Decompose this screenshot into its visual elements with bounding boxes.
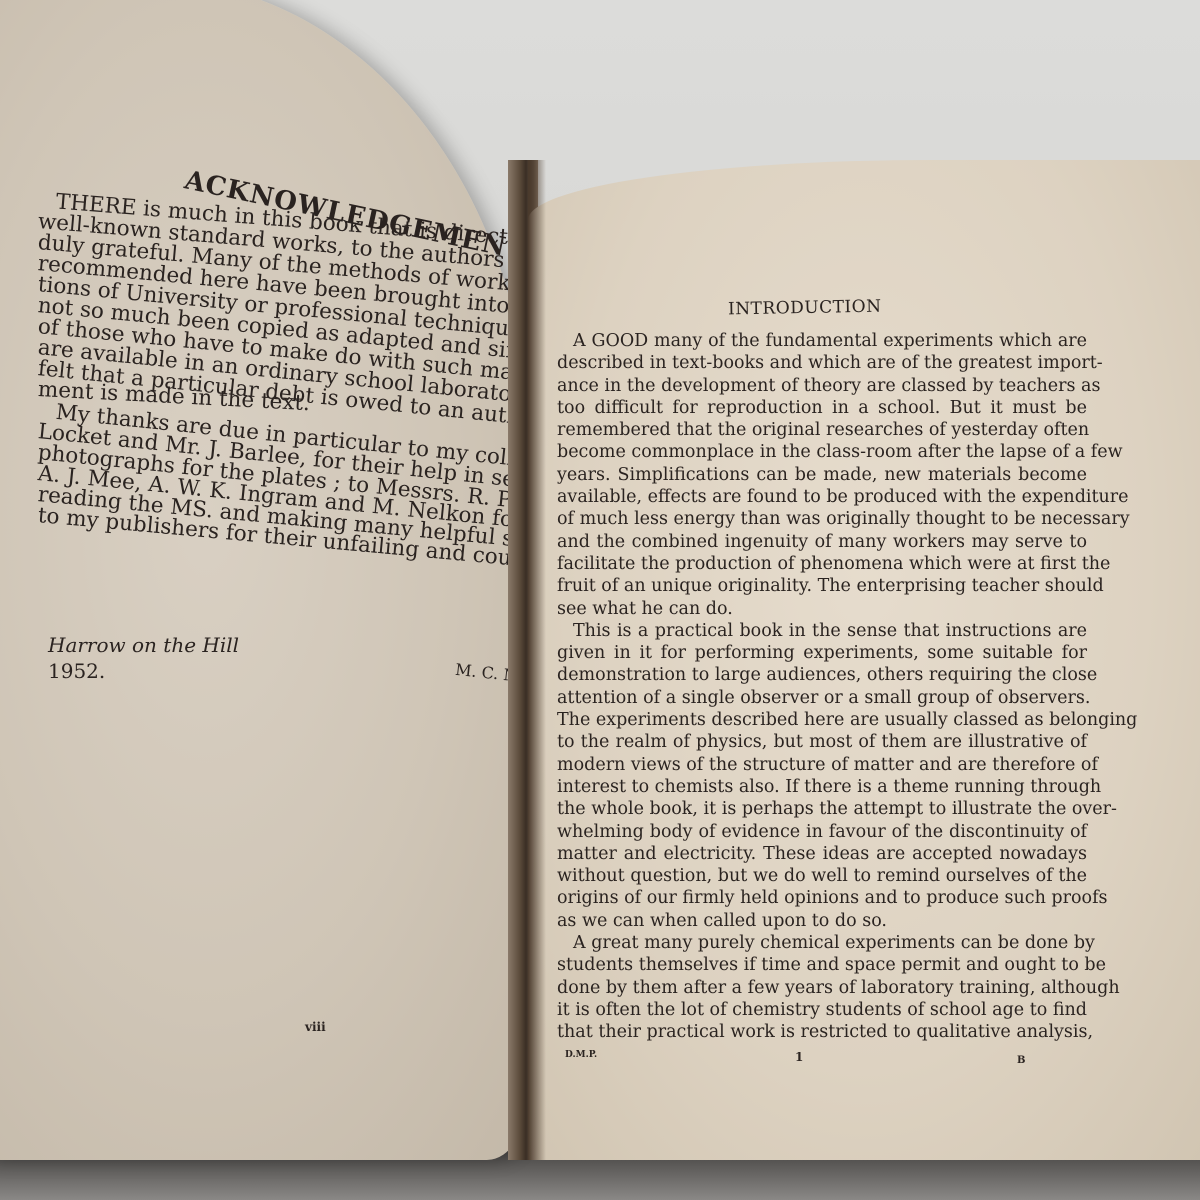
intro-line: years. Simplifications can be made, new … [557,464,1087,486]
intro-line: demonstration to large audiences, others… [557,664,1087,686]
intro-line: that their practical work is restricted … [557,1021,1087,1043]
intro-line: This is a practical book in the sense th… [557,620,1087,642]
left-page [0,0,530,1160]
intro-line: described in text-books and which are of… [557,352,1087,374]
intro-line: fruit of an unique originality. The ente… [557,575,1087,597]
intro-line: to the realm of physics, but most of the… [557,731,1087,753]
intro-line: A great many purely chemical experiments… [557,932,1087,954]
intro-line: the whole book, it is perhaps the attemp… [557,798,1087,820]
introduction-heading: INTRODUCTION [728,297,882,320]
intro-line: see what he can do. [557,598,1087,620]
intro-line: too difficult for reproduction in a scho… [557,397,1087,419]
intro-line: and the combined ingenuity of many worke… [557,531,1087,553]
intro-line: modern views of the structure of matter … [557,754,1087,776]
intro-line: ance in the development of theory are cl… [557,375,1087,397]
intro-line: interest to chemists also. If there is a… [557,776,1087,798]
intro-line: without question, but we do well to remi… [557,865,1087,887]
intro-line: attention of a single observer or a smal… [557,687,1087,709]
intro-line: as we can when called upon to do so. [557,910,1087,932]
intro-line: The experiments described here are usual… [557,709,1087,731]
intro-line: whelming body of evidence in favour of t… [557,821,1087,843]
intro-line: origins of our firmly held opinions and … [557,887,1087,909]
printer-signature-mark: D.M.P. [565,1050,597,1060]
intro-line: facilitate the production of phenomena w… [557,553,1087,575]
intro-line: students themselves if time and space pe… [557,954,1087,976]
intro-line: matter and electricity. These ideas are … [557,843,1087,865]
intro-line: given in it for performing experiments, … [557,642,1087,664]
intro-line: it is often the lot of chemistry student… [557,999,1087,1021]
page-number-left: viii [305,1020,326,1034]
intro-line: available, effects are found to be produ… [557,486,1087,508]
intro-line-rest: many of the fundamental experiments whic… [648,331,1087,351]
introduction-body: A GOOD many of the fundamental experimen… [557,330,1087,1044]
intro-line: become commonplace in the class-room aft… [557,441,1087,463]
intro-line: A GOOD many of the fundamental experimen… [557,330,1087,352]
intro-line: of much less energy than was originally … [557,508,1087,530]
signoff-year: 1952. [48,658,239,684]
intro-line: done by them after a few years of labora… [557,977,1087,999]
signoff-block: Harrow on the Hill 1952. [48,632,239,684]
intro-line: remembered that the original researches … [557,419,1087,441]
page-number-right: 1 [795,1050,803,1064]
gathering-letter: B [1017,1055,1025,1066]
smallcaps-lead: A GOOD [573,331,648,351]
signoff-place: Harrow on the Hill [48,632,239,658]
